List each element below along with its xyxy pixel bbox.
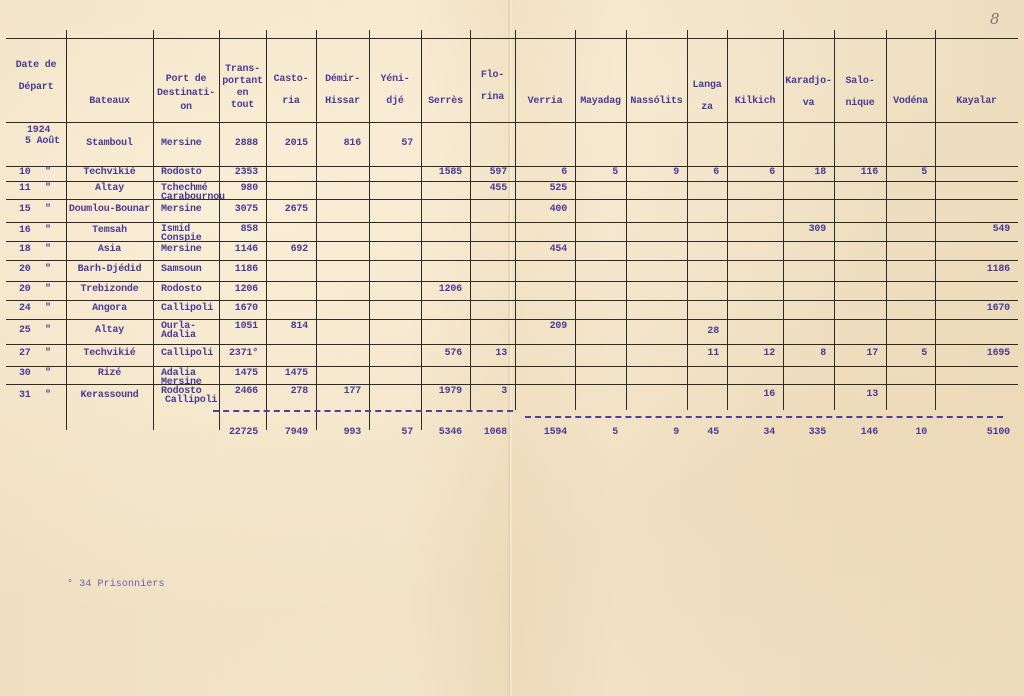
grid-line-row: [6, 241, 1018, 242]
ditto-mark: ": [45, 285, 51, 295]
column-header-florina: rina: [470, 92, 515, 104]
cell-florina: 597: [470, 168, 507, 178]
grid-line-row: [6, 181, 1018, 182]
cell-castoria: 278: [266, 387, 308, 397]
date-day: 20: [19, 265, 31, 275]
grid-line-column: [515, 30, 516, 410]
column-header-florina: Flo-: [470, 70, 515, 82]
column-header-karadjova: Karadjo-: [783, 76, 834, 88]
cell-demir-hissar: 177: [316, 387, 361, 397]
date-day: 27: [19, 349, 31, 359]
column-header-date: Date de: [6, 60, 66, 72]
total-vodena: 10: [886, 428, 927, 438]
grid-line-row: [6, 319, 1018, 320]
cell-verria: 400: [515, 205, 567, 215]
ditto-mark: ": [45, 349, 51, 359]
cell-serres: 1206: [421, 285, 462, 295]
column-header-salonique: nique: [834, 98, 886, 110]
cell-total: 1475: [219, 369, 258, 379]
boat-name: Techvikié: [66, 349, 153, 359]
column-header-demir-hissar: Démir-: [316, 74, 369, 86]
totals-separator-right: [525, 416, 1003, 418]
destination-port: Callipoli: [161, 304, 213, 314]
column-header-bateaux: Bateaux: [66, 96, 153, 108]
column-header-langaza: Langa: [687, 80, 727, 92]
total-karadjova: 335: [783, 428, 826, 438]
cell-kayalar: 1670: [935, 304, 1010, 314]
column-header-date: Départ: [6, 82, 66, 94]
date-day: 24: [19, 304, 31, 314]
cell-vodena: 5: [886, 168, 927, 178]
ditto-mark: ": [45, 369, 51, 379]
date-day: 20: [19, 285, 31, 295]
page-number: 8: [990, 10, 1000, 28]
column-header-nassolits: Nassólits: [626, 96, 687, 108]
ditto-mark: ": [45, 304, 51, 314]
grid-line-row: [6, 222, 1018, 223]
date-day: 11: [19, 184, 31, 194]
cell-yenidje: 57: [369, 139, 413, 149]
grid-line-row: [6, 199, 1018, 200]
cell-verria: 209: [515, 322, 567, 332]
grid-line-row: [6, 260, 1018, 261]
ditto-mark: ": [45, 245, 51, 255]
column-header-port: Destinati-: [153, 88, 219, 100]
cell-castoria: 2675: [266, 205, 308, 215]
date-day: 25: [19, 326, 31, 336]
grid-line-column: [626, 30, 627, 410]
cell-nassolits: 9: [626, 168, 679, 178]
grid-line-top: [6, 38, 1018, 39]
cell-castoria: 692: [266, 245, 308, 255]
cell-castoria: 2015: [266, 139, 308, 149]
destination-port: Rodosto: [161, 285, 202, 295]
column-header-vodena: Vodéna: [886, 96, 935, 108]
ditto-mark: ": [45, 205, 51, 215]
cell-total: 2466: [219, 387, 258, 397]
column-header-transportant: tout: [219, 100, 266, 112]
boat-name: Doumlou-Bounar: [66, 205, 153, 215]
cell-total: 2353: [219, 168, 258, 178]
cell-serres: 576: [421, 349, 462, 359]
column-header-yenidje: djé: [369, 96, 421, 108]
grid-line-column: [316, 30, 317, 430]
grid-line-column: [369, 30, 370, 430]
cell-total: 1186: [219, 265, 258, 275]
column-header-langaza: za: [687, 102, 727, 114]
grid-line-row: [6, 366, 1018, 367]
destination-port: Carabournou: [161, 193, 225, 203]
footnote: ° 34 Prisonniers: [67, 579, 165, 590]
cell-total: 1670: [219, 304, 258, 314]
cell-mayadag: 5: [575, 168, 618, 178]
boat-name: Techvikié: [66, 168, 153, 178]
destination-port: Samsoun: [161, 265, 202, 275]
destination-port: Mersine: [161, 245, 202, 255]
cell-karadjova: 309: [783, 225, 826, 235]
total-langaza: 45: [687, 428, 719, 438]
boat-name: Stamboul: [66, 139, 153, 149]
date-day: 10: [19, 168, 31, 178]
column-header-castoria: ria: [266, 96, 316, 108]
cell-karadjova: 18: [783, 168, 826, 178]
totals-separator-left: [213, 410, 513, 412]
boat-name: Temsah: [66, 226, 153, 236]
grid-line-column: [421, 30, 422, 430]
boat-name: Barh-Djédid: [66, 265, 153, 275]
destination-port: Callipoli: [161, 349, 213, 359]
column-header-mayadag: Mayadag: [575, 96, 626, 108]
column-header-port: Port de: [153, 74, 219, 86]
boat-name: Altay: [66, 184, 153, 194]
cell-verria: 525: [515, 184, 567, 194]
total-yenidje: 57: [369, 428, 413, 438]
cell-total: 2888: [219, 139, 258, 149]
destination-port: Adalia: [161, 331, 196, 341]
cell-demir-hissar: 816: [316, 139, 361, 149]
ditto-mark: ": [45, 184, 51, 194]
ditto-mark: ": [45, 265, 51, 275]
cell-verria: 6: [515, 168, 567, 178]
column-header-karadjova: va: [783, 98, 834, 110]
cell-kilkich: 12: [727, 349, 775, 359]
boat-name: Angora: [66, 304, 153, 314]
cell-salonique: 13: [834, 390, 878, 400]
total-kilkich: 34: [727, 428, 775, 438]
total-verria: 1594: [515, 428, 567, 438]
ditto-mark: ": [45, 326, 51, 336]
grid-line-row: [6, 344, 1018, 345]
column-header-salonique: Salo-: [834, 76, 886, 88]
destination-port: Mersine: [161, 139, 202, 149]
boat-name: Trebizonde: [66, 285, 153, 295]
ditto-mark: ": [45, 391, 51, 401]
total-florina: 1068: [470, 428, 507, 438]
date-year: 1924: [27, 126, 50, 136]
cell-kilkich: 16: [727, 390, 775, 400]
column-header-port: on: [153, 102, 219, 114]
cell-serres: 1979: [421, 387, 462, 397]
date-day: 31: [19, 391, 31, 401]
grid-line-row: [6, 300, 1018, 301]
grid-line-column: [575, 30, 576, 410]
cell-castoria: 814: [266, 322, 308, 332]
total-serres: 5346: [421, 428, 462, 438]
date-day: 16: [19, 226, 31, 236]
cell-salonique: 116: [834, 168, 878, 178]
total-salonique: 146: [834, 428, 878, 438]
date-day: 5 Août: [25, 137, 60, 147]
cell-kilkich: 6: [727, 168, 775, 178]
cell-verria: 454: [515, 245, 567, 255]
boat-name: Rizé: [66, 369, 153, 379]
column-header-castoria: Casto-: [266, 74, 316, 86]
column-header-serres: Serrès: [421, 96, 470, 108]
cell-total: 980: [219, 184, 258, 194]
grid-line-header: [6, 122, 1018, 123]
cell-kayalar: 1695: [935, 349, 1010, 359]
grid-line-row: [6, 384, 1018, 385]
cell-salonique: 17: [834, 349, 878, 359]
column-header-transportant: portant: [219, 76, 266, 88]
column-header-transportant: en: [219, 88, 266, 100]
total-nassolits: 9: [626, 428, 679, 438]
destination-port: Rodosto: [161, 168, 202, 178]
column-header-demir-hissar: Hissar: [316, 96, 369, 108]
ditto-mark: ": [45, 168, 51, 178]
cell-florina: 13: [470, 349, 507, 359]
destination-port: Conspie: [161, 234, 202, 244]
cell-langaza: 6: [687, 168, 719, 178]
cell-serres: 1585: [421, 168, 462, 178]
cell-langaza: 11: [687, 349, 719, 359]
cell-total: 1146: [219, 245, 258, 255]
cell-florina: 3: [470, 387, 507, 397]
grid-line-row: [6, 281, 1018, 282]
total-total: 22725: [219, 428, 258, 438]
date-day: 15: [19, 205, 31, 215]
cell-vodena: 5: [886, 349, 927, 359]
destination-port: Callipoli: [165, 396, 217, 406]
cell-total: 1051: [219, 322, 258, 332]
date-day: 30: [19, 369, 31, 379]
cell-total: 858: [219, 225, 258, 235]
cell-castoria: 1475: [266, 369, 308, 379]
total-mayadag: 5: [575, 428, 618, 438]
total-castoria: 7949: [266, 428, 308, 438]
column-header-verria: Verria: [515, 96, 575, 108]
cell-florina: 455: [470, 184, 507, 194]
column-header-yenidje: Yéni-: [369, 74, 421, 86]
cell-kayalar: 1186: [935, 265, 1010, 275]
cell-total: 1206: [219, 285, 258, 295]
cell-langaza: 28: [687, 327, 719, 337]
boat-name: Kerassound: [66, 391, 153, 401]
cell-total: 3075: [219, 205, 258, 215]
date-day: 18: [19, 245, 31, 255]
destination-port: Mersine: [161, 205, 202, 215]
boat-name: Altay: [66, 326, 153, 336]
page-fold: [508, 0, 512, 696]
column-header-kayalar: Kayalar: [935, 96, 1018, 108]
cell-total: 2371°: [219, 349, 258, 359]
total-kayalar: 5100: [935, 428, 1010, 438]
ditto-mark: ": [45, 226, 51, 236]
column-header-transportant: Trans-: [219, 64, 266, 76]
cell-karadjova: 8: [783, 349, 826, 359]
boat-name: Asia: [66, 245, 153, 255]
total-demir-hissar: 993: [316, 428, 361, 438]
column-header-kilkich: Kilkich: [727, 96, 783, 108]
cell-kayalar: 549: [935, 225, 1010, 235]
